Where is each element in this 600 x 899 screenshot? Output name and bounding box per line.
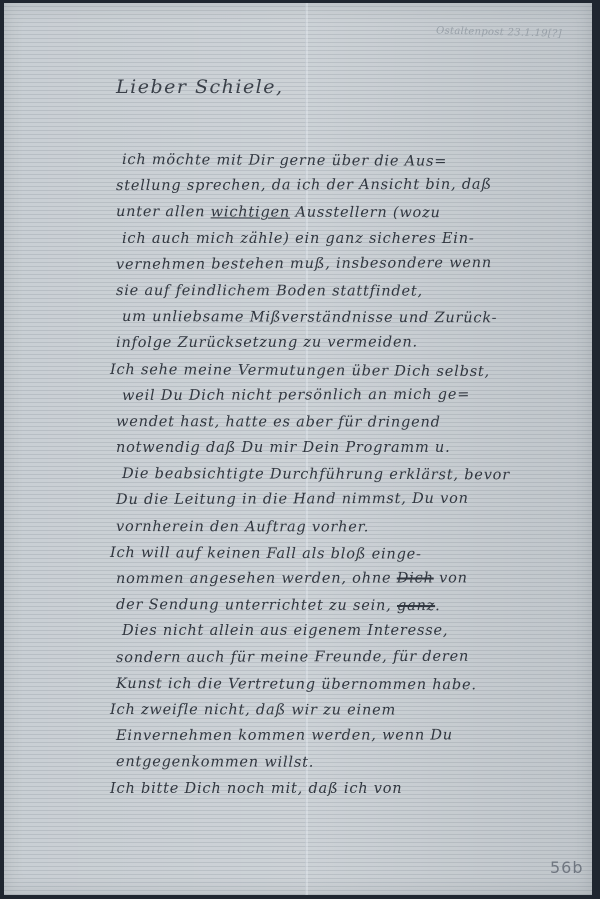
handwritten-line: Kunst ich die Vertretung übernommen habe… <box>116 671 596 699</box>
handwritten-line: nommen angesehen werden, ohne Dich von <box>116 565 596 592</box>
handwritten-line: wendet hast, hatte es aber für dringend <box>116 409 596 436</box>
handwritten-line: notwendig daß Du mir Dein Programm u. <box>116 435 596 461</box>
salutation: Lieber Schiele, <box>116 76 284 98</box>
handwritten-line: Du die Leitung in die Hand nimmst, Du vo… <box>116 486 596 514</box>
handwritten-line: infolge Zurücksetzung zu vermeiden. <box>116 329 596 356</box>
handwritten-line: Einvernehmen kommen werden, wenn Du <box>116 722 596 749</box>
handwritten-line: Dies nicht allein aus eigenem Interesse, <box>122 618 596 644</box>
handwritten-line: Ich zweifle nicht, daß wir zu einem <box>110 697 596 724</box>
handwritten-line: ich auch mich zähle) ein ganz sicheres E… <box>122 226 596 252</box>
handwritten-line: der Sendung unterrichtet zu sein, ganz. <box>116 592 596 620</box>
handwritten-line: vernehmen bestehen muß, insbesondere wen… <box>116 249 596 278</box>
folio-number: 56b <box>550 858 584 877</box>
struck-word: ganz <box>397 598 435 614</box>
handwritten-line: entgegenkommen willst. <box>116 749 596 777</box>
handwritten-line: vornherein den Auftrag vorher. <box>116 514 596 541</box>
handwritten-line: sondern auch für meine Freunde, für dere… <box>116 643 596 671</box>
letter-body: ich möchte mit Dir gerne über die Aus=st… <box>116 147 596 802</box>
handwritten-line: unter allen wichtigen Ausstellern (wozu <box>116 199 596 227</box>
struck-word: Dich <box>397 570 434 586</box>
underlined-word: wichtigen <box>211 205 290 221</box>
handwritten-line: Ich will auf keinen Fall als bloß einge- <box>110 540 596 569</box>
archival-annotation: Ostaltenpost 23.1.19[?] <box>436 25 562 39</box>
handwritten-line: um unliebsame Mißverständnisse und Zurüc… <box>122 304 596 332</box>
handwritten-line: stellung sprechen, da ich der Ansicht bi… <box>116 172 596 200</box>
handwritten-line: Ich bitte Dich noch mit, daß ich von <box>110 776 596 802</box>
handwritten-line: weil Du Dich nicht persönlich an mich ge… <box>122 381 596 409</box>
handwritten-line: sie auf feindlichem Boden stattfindet, <box>116 278 596 305</box>
letter-page: Ostaltenpost 23.1.19[?] Lieber Schiele, … <box>4 3 592 895</box>
